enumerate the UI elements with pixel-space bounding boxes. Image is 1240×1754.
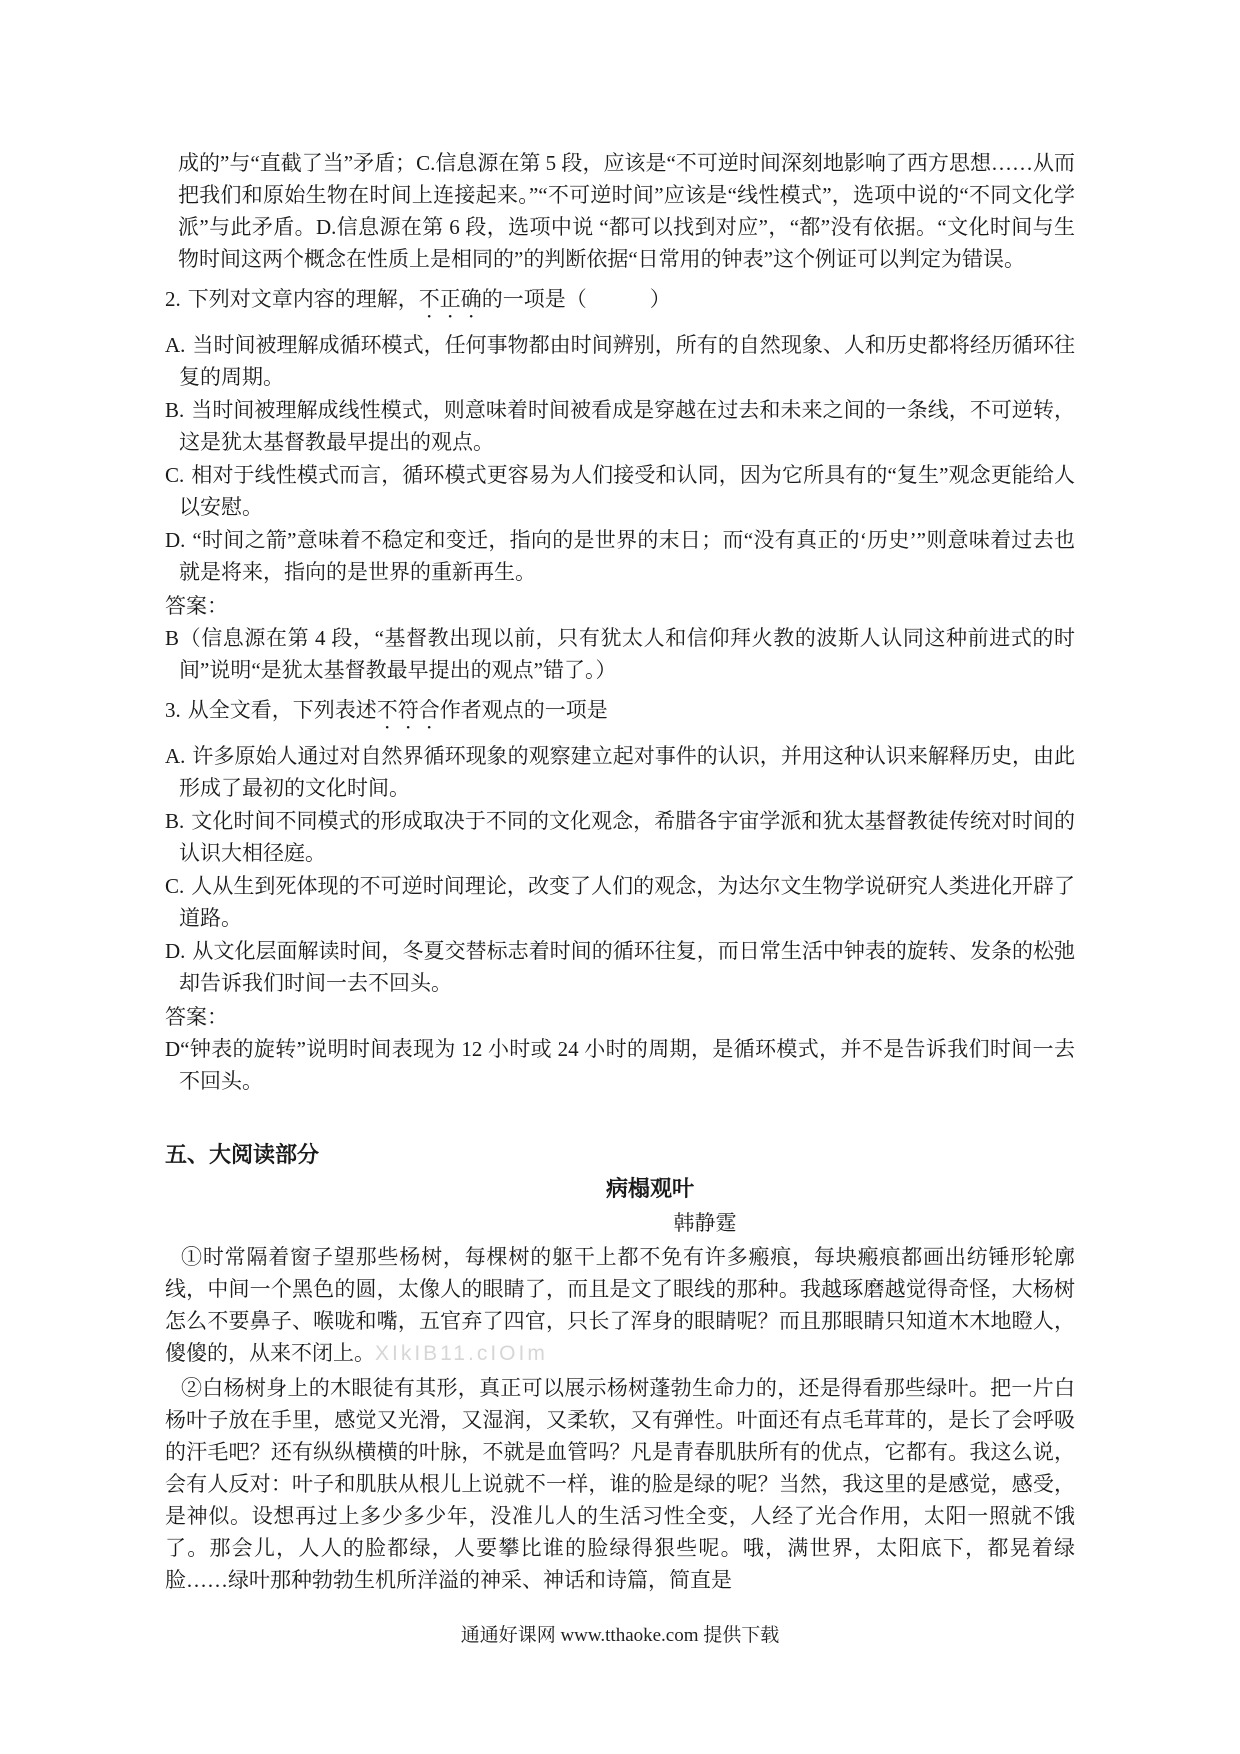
- question-2-stem: 2.下列对文章内容的理解，不正确的一项是（ ）: [165, 283, 1075, 323]
- question-2-answer-label: 答案：: [165, 590, 1075, 622]
- question-3-answer-explanation: D“钟表的旋转”说明时间表现为 12 小时或 24 小时的周期，是循环模式，并不…: [165, 1033, 1075, 1097]
- question-3-number: 3.: [165, 698, 181, 722]
- option-label: A.: [165, 333, 185, 357]
- question-3-stem-pre: 从全文看，下列表述: [188, 698, 377, 722]
- option-label: A.: [165, 744, 185, 768]
- section-5-heading: 五、大阅读部分: [165, 1139, 1075, 1171]
- paragraph-1-text: ①时常隔着窗子望那些杨树，每棵树的躯干上都不免有许多瘢痕，每块瘢痕都画出纺锤形轮…: [165, 1245, 1075, 1365]
- exam-content: 成的”与“直截了当”矛盾；C.信息源在第 5 段，应该是“不可逆时间深刻地影响了…: [165, 147, 1075, 1596]
- question-2-option-b: B.当时间被理解成线性模式，则意味着时间被看成是穿越在过去和未来之间的一条线，不…: [165, 394, 1075, 458]
- question-2-option-d: D.“时间之箭”意味着不稳定和变迁，指向的是世界的末日；而“没有真正的‘历史’”…: [165, 524, 1075, 588]
- question-2-answer-explanation: B（信息源在第 4 段，“基督教出现以前，只有犹太人和信仰拜火教的波斯人认同这种…: [165, 622, 1075, 686]
- question-2-number: 2.: [165, 287, 181, 311]
- question-3-stem-post: 作者观点的一项是: [440, 698, 608, 722]
- passage-paragraph-1: ①时常隔着窗子望那些杨树，每棵树的躯干上都不免有许多瘢痕，每块瘢痕都画出纺锤形轮…: [165, 1241, 1075, 1370]
- question-3-option-b: B.文化时间不同模式的形成取决于不同的文化观念，希腊各宇宙学派和犹太基督教徒传统…: [165, 805, 1075, 869]
- option-label: B.: [165, 809, 184, 833]
- document-page: 成的”与“直截了当”矛盾；C.信息源在第 5 段，应该是“不可逆时间深刻地影响了…: [0, 0, 1240, 1754]
- option-text: 当时间被理解成循环模式，任何事物都由时间辨别，所有的自然现象、人和历史都将经历循…: [179, 333, 1075, 389]
- answer1-explanation-continued: 成的”与“直截了当”矛盾；C.信息源在第 5 段，应该是“不可逆时间深刻地影响了…: [178, 147, 1075, 275]
- option-text: 许多原始人通过对自然界循环现象的观察建立起对事件的认识，并用这种认识来解释历史，…: [179, 744, 1075, 800]
- option-label: D.: [165, 939, 185, 963]
- option-text: 相对于线性模式而言，循环模式更容易为人们接受和认同，因为它所具有的“复生”观念更…: [179, 463, 1075, 519]
- option-text: 文化时间不同模式的形成取决于不同的文化观念，希腊各宇宙学派和犹太基督教徒传统对时…: [179, 809, 1075, 865]
- question-3-option-d: D.从文化层面解读时间，冬夏交替标志着时间的循环往复，而日常生活中钟表的旋转、发…: [165, 935, 1075, 999]
- footer-download-note: 通通好课网 www.tthaoke.com 提供下载: [0, 1620, 1240, 1652]
- question-3-stem-emphasized: 不符合: [377, 698, 440, 722]
- question-2-stem-emphasized: 不正确: [419, 287, 482, 311]
- option-label: D.: [165, 528, 185, 552]
- question-2-option-c: C.相对于线性模式而言，循环模式更容易为人们接受和认同，因为它所具有的“复生”观…: [165, 459, 1075, 523]
- essay-author: 韩静霆: [335, 1207, 1075, 1239]
- question-3-answer-label: 答案：: [165, 1001, 1075, 1033]
- question-2-option-a: A.当时间被理解成循环模式，任何事物都由时间辨别，所有的自然现象、人和历史都将经…: [165, 329, 1075, 393]
- question-2-stem-post: 的一项是（ ）: [482, 287, 671, 311]
- question-3-stem: 3.从全文看，下列表述不符合作者观点的一项是: [165, 694, 1075, 734]
- option-text: “时间之箭”意味着不稳定和变迁，指向的是世界的末日；而“没有真正的‘历史’”则意…: [179, 528, 1075, 584]
- option-label: C.: [165, 463, 184, 487]
- option-label: C.: [165, 874, 184, 898]
- option-text: 从文化层面解读时间，冬夏交替标志着时间的循环往复，而日常生活中钟表的旋转、发条的…: [179, 939, 1075, 995]
- passage-paragraph-2: ②白杨树身上的木眼徒有其形，真正可以展示杨树蓬勃生命力的，还是得看那些绿叶。把一…: [165, 1372, 1075, 1596]
- option-text: 当时间被理解成线性模式，则意味着时间被看成是穿越在过去和未来之间的一条线，不可逆…: [179, 398, 1075, 454]
- option-text: 人从生到死体现的不可逆时间理论，改变了人们的观念，为达尔文生物学说研究人类进化开…: [179, 874, 1075, 930]
- option-label: B.: [165, 398, 184, 422]
- question-3-option-a: A.许多原始人通过对自然界循环现象的观察建立起对事件的认识，并用这种认识来解释历…: [165, 740, 1075, 804]
- watermark-text: XIkIB11.cIOIm: [375, 1342, 548, 1365]
- essay-title: 病榻观叶: [225, 1173, 1075, 1205]
- question-3-option-c: C.人从生到死体现的不可逆时间理论，改变了人们的观念，为达尔文生物学说研究人类进…: [165, 870, 1075, 934]
- question-2-stem-pre: 下列对文章内容的理解，: [188, 287, 419, 311]
